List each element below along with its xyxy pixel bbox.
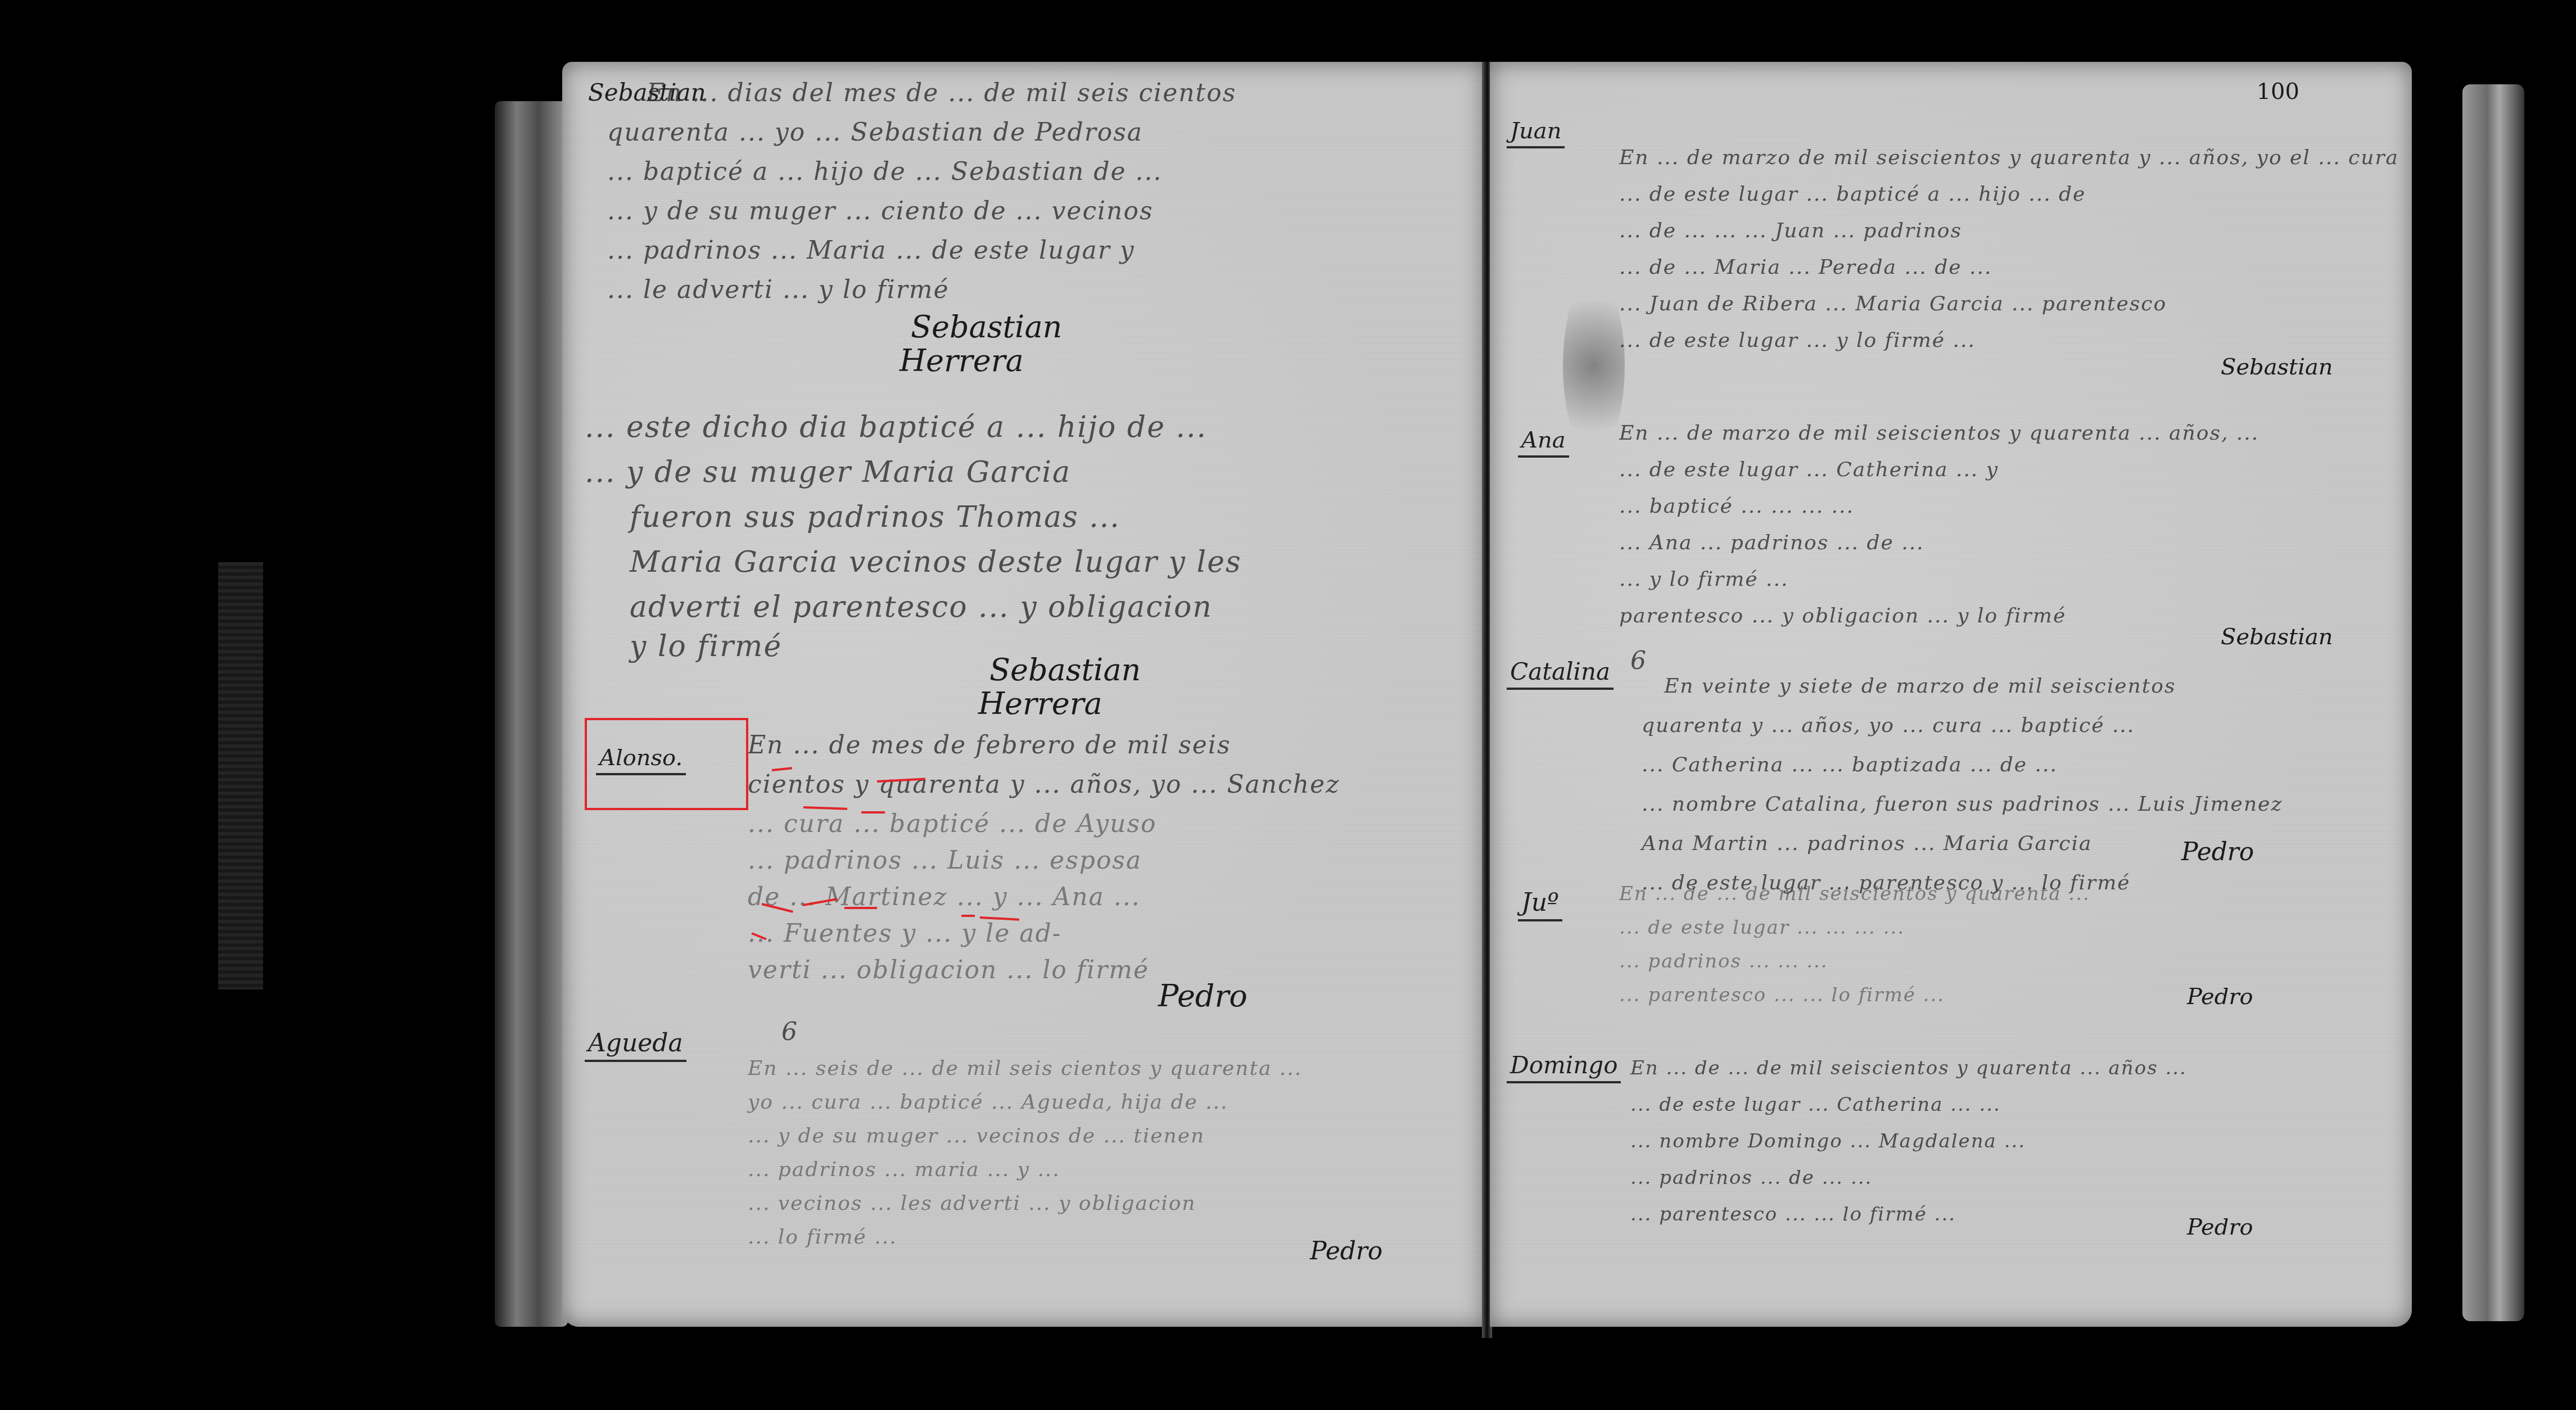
entry-line: En veinte y siete de marzo de mil seisci… bbox=[1664, 675, 2176, 698]
entry-line: ... le adverti ... y lo firmé bbox=[607, 275, 950, 304]
entry-line: En ... seis de ... de mil seis cientos y… bbox=[748, 1057, 1302, 1080]
signature: Pedro bbox=[2181, 838, 2254, 866]
entry-line: ... padrinos ... de ... ... bbox=[1630, 1167, 1872, 1189]
entry-line: ... padrinos ... Luis ... esposa bbox=[748, 846, 1142, 875]
entry-line: ... cura ... bapticé ... de Ayuso bbox=[748, 810, 1157, 838]
right-page: 100 Juan En ... de marzo de mil seiscien… bbox=[1490, 62, 2412, 1327]
entry-line: En ... de ... de mil seiscientos y quare… bbox=[1630, 1057, 2187, 1079]
open-book: Sebastian En ... dias del mes de ... de … bbox=[562, 62, 2485, 1355]
entry-line: ... parentesco ... ... lo firmé ... bbox=[1630, 1203, 1956, 1226]
entry-line: ... de este lugar ... y lo firmé ... bbox=[1619, 329, 1976, 352]
ink-stain bbox=[1563, 275, 1625, 455]
entry-line: ... y de su muger ... vecinos de ... tie… bbox=[748, 1124, 1205, 1147]
margin-name-juan: Juan bbox=[1507, 118, 1565, 148]
entry-line: En ... de mes de febrero de mil seis bbox=[748, 731, 1231, 760]
entry-number: 6 bbox=[781, 1018, 798, 1046]
film-strip-edge bbox=[218, 562, 263, 989]
entry-line: ... de este lugar ... Catherina ... y bbox=[1619, 458, 1999, 481]
margin-name-domingo: Domingo bbox=[1507, 1051, 1621, 1083]
entry-line: ... bapticé a ... hijo de ... Sebastian … bbox=[607, 157, 1162, 186]
entry-line: ... padrinos ... maria ... y ... bbox=[748, 1158, 1060, 1181]
highlight-box-alonso bbox=[585, 718, 748, 810]
signature: Pedro bbox=[2187, 1214, 2253, 1240]
entry-line: cientos y quarenta y ... años, yo ... Sa… bbox=[748, 770, 1340, 799]
entry-line: y lo firmé bbox=[630, 630, 782, 663]
entry-line: adverti el parentesco ... y obligacion bbox=[630, 590, 1213, 624]
entry-line: Ana Martin ... padrinos ... Maria Garcia bbox=[1642, 832, 2092, 855]
entry-line: ... y lo firmé ... bbox=[1619, 568, 1788, 591]
red-underline bbox=[961, 915, 975, 917]
signature: Sebastian bbox=[2221, 354, 2333, 380]
entry-line: parentesco ... y obligacion ... y lo fir… bbox=[1619, 604, 2066, 627]
entry-line: Maria Garcia vecinos deste lugar y les bbox=[630, 545, 1242, 579]
entry-line: ... vecinos ... les adverti ... y obliga… bbox=[748, 1192, 1196, 1215]
entry-line: En ... dias del mes de ... de mil seis c… bbox=[647, 79, 1236, 107]
right-page-edges bbox=[2462, 84, 2524, 1321]
entry-line: ... de ... ... ... Juan ... padrinos bbox=[1619, 219, 1962, 242]
scan-background: Sebastian En ... dias del mes de ... de … bbox=[0, 0, 2576, 1410]
entry-line: ... Fuentes y ... y le ad- bbox=[748, 919, 1061, 948]
entry-line: yo ... cura ... bapticé ... Agueda, hija… bbox=[748, 1091, 1228, 1114]
entry-line: En ... de marzo de mil seiscientos y qua… bbox=[1619, 146, 2399, 169]
entry-line: ... de este lugar ... bapticé a ... hijo… bbox=[1619, 183, 2086, 206]
left-page: Sebastian En ... dias del mes de ... de … bbox=[562, 62, 1484, 1327]
margin-name-ana: Ana bbox=[1518, 427, 1569, 458]
entry-line: En ... de ... de mil seiscientos y quare… bbox=[1619, 883, 2090, 905]
entry-line: ... bapticé ... ... ... ... bbox=[1619, 495, 1854, 518]
entry-line: quarenta ... yo ... Sebastian de Pedrosa bbox=[607, 118, 1143, 147]
entry-number: 6 bbox=[1630, 647, 1647, 675]
entry-line: ... Catherina ... ... baptizada ... de .… bbox=[1642, 753, 2058, 776]
signature: Pedro bbox=[1310, 1237, 1382, 1266]
signature: Sebastian bbox=[911, 309, 1062, 345]
entry-line: ... Ana ... padrinos ... de ... bbox=[1619, 531, 1924, 554]
page-number: 100 bbox=[2257, 79, 2299, 105]
entry-line: ... de este lugar ... Catherina ... ... bbox=[1630, 1093, 2001, 1116]
signature: Herrera bbox=[978, 686, 1102, 721]
entry-line: fueron sus padrinos Thomas ... bbox=[630, 500, 1120, 534]
entry-line: ... nombre Catalina, fueron sus padrinos… bbox=[1642, 793, 2283, 816]
entry-line: ... y de su muger ... ciento de ... veci… bbox=[607, 197, 1154, 225]
entry-line: de ... Martinez ... y ... Ana ... bbox=[748, 883, 1141, 911]
entry-line: ... y de su muger Maria Garcia bbox=[585, 455, 1071, 489]
margin-name-juo: Juº bbox=[1518, 888, 1562, 921]
entry-line: ... de ... Maria ... Pereda ... de ... bbox=[1619, 256, 1992, 279]
entry-line: ... lo firmé ... bbox=[748, 1226, 897, 1249]
entry-line: ... padrinos ... Maria ... de este lugar… bbox=[607, 236, 1135, 265]
signature: Pedro bbox=[2187, 984, 2253, 1010]
entry-line: ... padrinos ... ... ... bbox=[1619, 950, 1828, 973]
entry-line: verti ... obligacion ... lo firmé bbox=[748, 956, 1149, 984]
entry-line: ... parentesco ... ... lo firmé ... bbox=[1619, 984, 1945, 1006]
signature: Sebastian bbox=[989, 652, 1141, 688]
entry-line: ... este dicho dia bapticé a ... hijo de… bbox=[585, 410, 1207, 444]
entry-line: quarenta y ... años, yo ... cura ... bap… bbox=[1642, 714, 2135, 737]
red-underline bbox=[844, 907, 877, 909]
margin-name-catalina: Catalina bbox=[1507, 658, 1614, 690]
entry-line: En ... de marzo de mil seiscientos y qua… bbox=[1619, 422, 2259, 445]
entry-line: ... Juan de Ribera ... Maria Garcia ... … bbox=[1619, 292, 2167, 315]
entry-line: ... de este lugar ... ... ... ... bbox=[1619, 916, 1905, 939]
left-page-edges bbox=[495, 101, 568, 1327]
red-underline bbox=[861, 811, 885, 814]
signature: Sebastian bbox=[2221, 624, 2333, 650]
signature: Pedro bbox=[1158, 978, 1248, 1014]
entry-line: ... nombre Domingo ... Magdalena ... bbox=[1630, 1130, 2026, 1153]
signature: Herrera bbox=[900, 343, 1024, 378]
margin-name-agueda: Agueda bbox=[585, 1029, 686, 1062]
